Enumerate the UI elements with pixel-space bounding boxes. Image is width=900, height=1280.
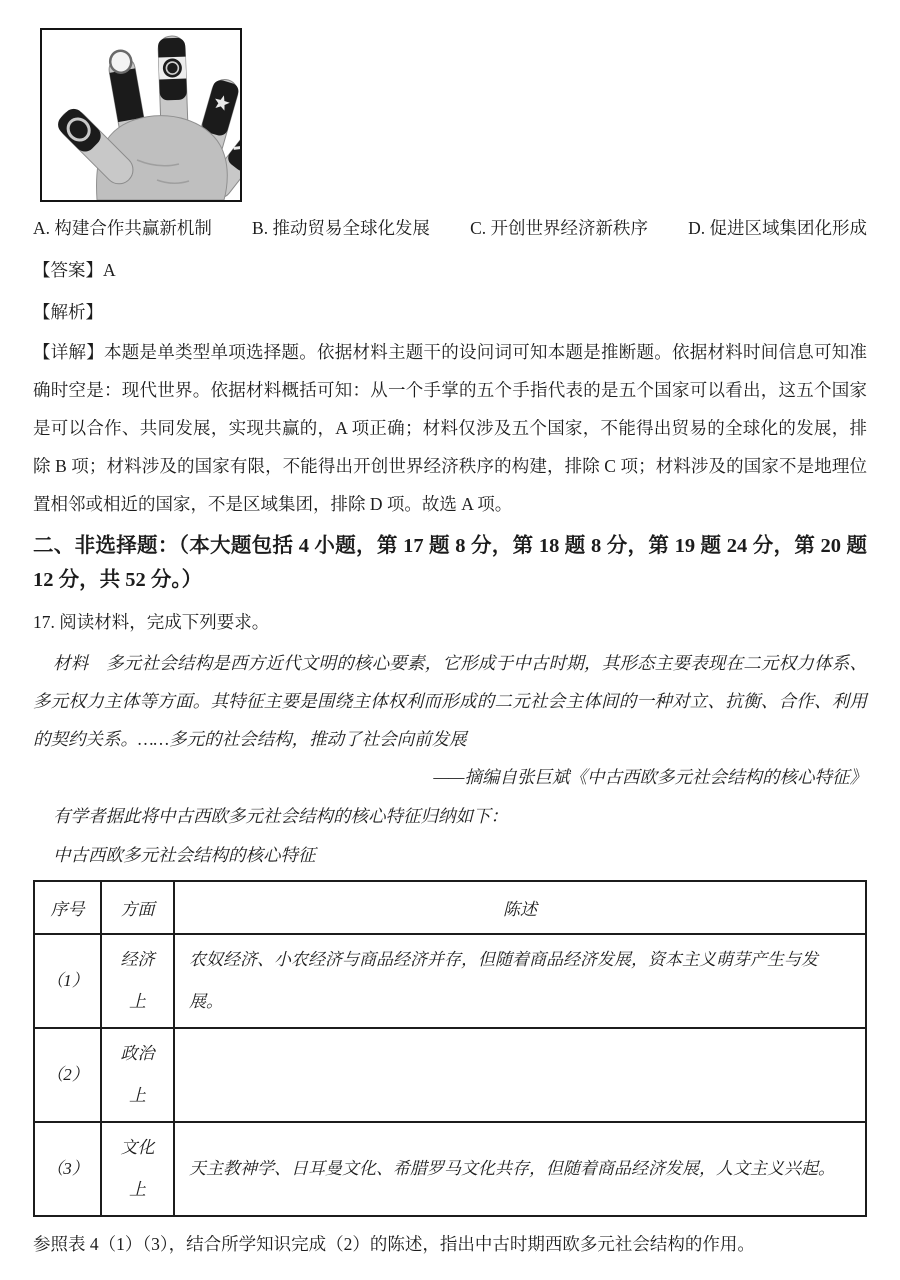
- core-features-table: 序号 方面 陈述 （1） 经济上 农奴经济、小农经济与商品经济并存，但随着商品经…: [33, 880, 867, 1217]
- detail-body: 本题是单类型单项选择题。依据材料主题干的设问词可知本题是推断题。依据材料时间信息…: [33, 342, 867, 514]
- table-row: （3） 文化上 天主教神学、日耳曼文化、希腊罗马文化共存，但随着商品经济发展，人…: [34, 1122, 866, 1216]
- table-lead-in: 有学者据此将中古西欧多元社会结构的核心特征归纳如下：: [33, 804, 867, 828]
- row3-number: （3）: [34, 1122, 101, 1216]
- analysis-line: 【解析】: [33, 300, 867, 324]
- row2-number: （2）: [34, 1028, 101, 1122]
- row1-aspect: 经济上: [101, 934, 174, 1028]
- question-17-material: 材料 多元社会结构是西方近代文明的核心要素，它形成于中古时期，其形态主要表现在二…: [33, 644, 867, 758]
- row2-aspect: 政治上: [101, 1028, 174, 1122]
- table-row: （2） 政治上: [34, 1028, 866, 1122]
- detail-tag: 【详解】: [33, 342, 104, 362]
- analysis-tag: 【解析】: [33, 302, 103, 322]
- option-b: B. 推动贸易全球化发展: [252, 216, 430, 240]
- exam-page: A. 构建合作共赢新机制 B. 推动贸易全球化发展 C. 开创世界经济新秩序 D…: [0, 0, 900, 1256]
- row2-statement: [174, 1028, 866, 1122]
- row1-number: （1）: [34, 934, 101, 1028]
- answer-value: A: [103, 260, 116, 280]
- section-header: 二、非选择题：（本大题包括 4 小题，第 17 题 8 分，第 18 题 8 分…: [33, 529, 867, 597]
- table-row: （1） 经济上 农奴经济、小农经济与商品经济并存，但随着商品经济发展，资本主义萌…: [34, 934, 866, 1028]
- question-17-intro: 17. 阅读材料，完成下列要求。: [33, 610, 867, 634]
- question-figure: [40, 28, 242, 202]
- header-number: 序号: [34, 881, 101, 934]
- option-a: A. 构建合作共赢新机制: [33, 216, 212, 240]
- row1-statement: 农奴经济、小农经济与商品经济并存，但随着商品经济发展，资本主义萌芽产生与发展。: [174, 934, 866, 1028]
- answer-line: 【答案】A: [33, 258, 867, 282]
- material-attribution: ——摘编自张巨斌《中古西欧多元社会结构的核心特征》: [33, 765, 867, 789]
- table-title: 中古西欧多元社会结构的核心特征: [33, 843, 867, 867]
- question-17-task: 参照表 4（1）（3），结合所学知识完成（2）的陈述，指出中古时期西欧多元社会结…: [33, 1232, 867, 1256]
- detail-paragraph: 【详解】本题是单类型单项选择题。依据材料主题干的设问词可知本题是推断题。依据材料…: [33, 333, 867, 523]
- hand-with-flags-image: [42, 30, 240, 200]
- table-header-row: 序号 方面 陈述: [34, 881, 866, 934]
- row3-statement: 天主教神学、日耳曼文化、希腊罗马文化共存，但随着商品经济发展，人文主义兴起。: [174, 1122, 866, 1216]
- header-statement: 陈述: [174, 881, 866, 934]
- header-aspect: 方面: [101, 881, 174, 934]
- options-row: A. 构建合作共赢新机制 B. 推动贸易全球化发展 C. 开创世界经济新秩序 D…: [33, 216, 867, 240]
- answer-tag: 【答案】: [33, 260, 103, 280]
- option-c: C. 开创世界经济新秩序: [470, 216, 648, 240]
- option-d: D. 促进区域集团化形成: [688, 216, 867, 240]
- row3-aspect: 文化上: [101, 1122, 174, 1216]
